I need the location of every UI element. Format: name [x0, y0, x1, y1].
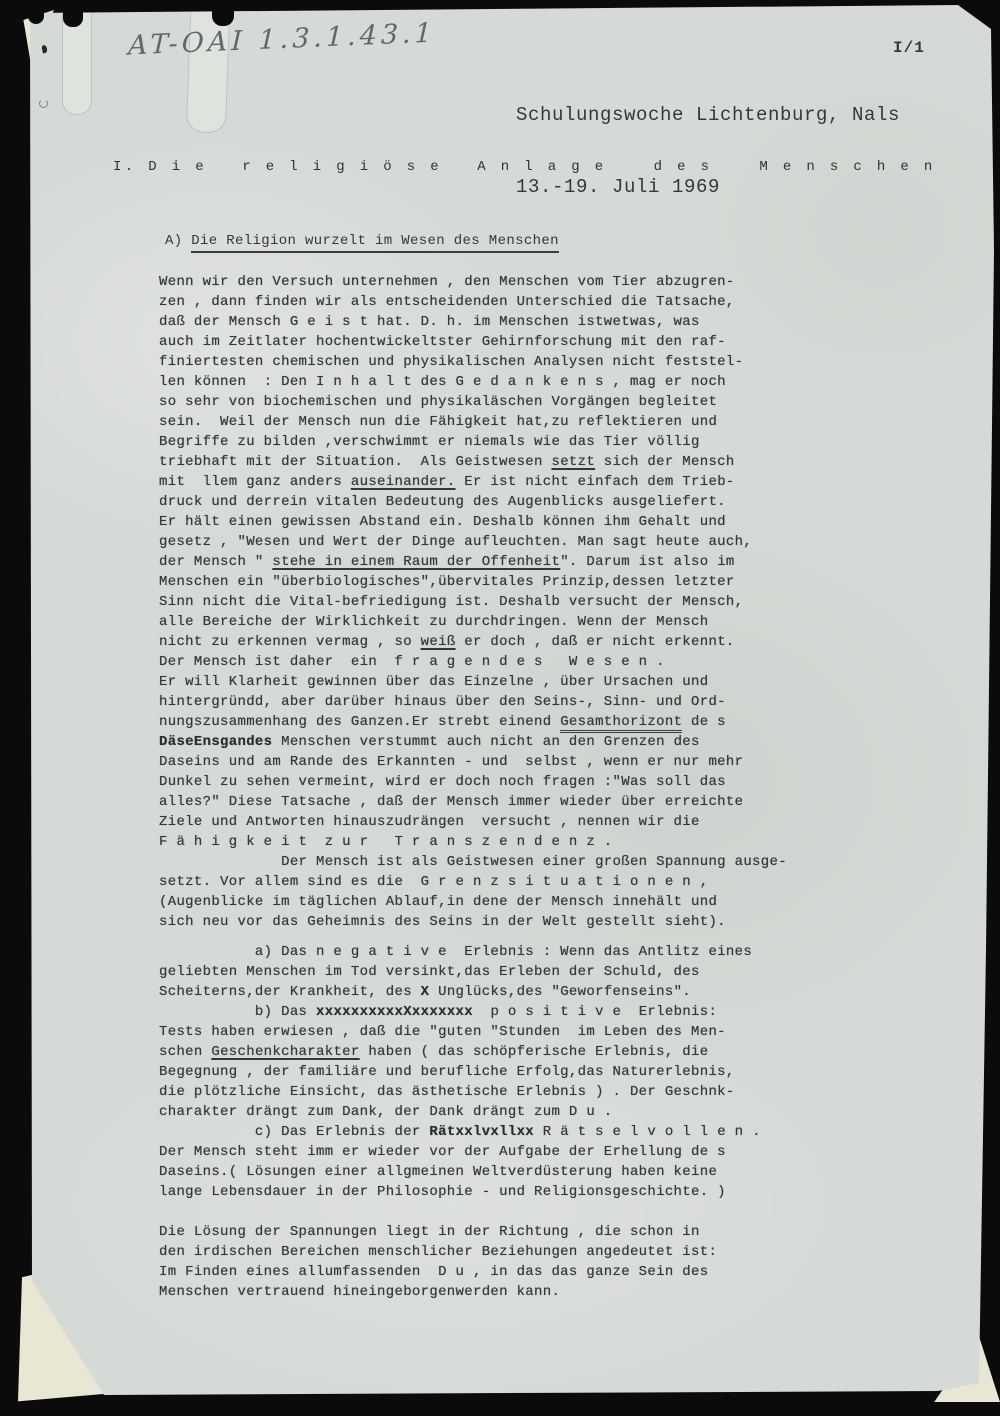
document-header: Schulungswoche Lichtenburg, Nals 13.-19.…: [516, 55, 900, 247]
event-line: Schulungswoche Lichtenburg, Nals: [516, 103, 900, 127]
text-line: Dunkel zu sehen vermeint, wird er doch n…: [159, 772, 787, 792]
text-line: daß der Mensch G e i s t hat. D. h. im M…: [159, 312, 787, 332]
text-line: len können : Den I n h a l t des G e d a…: [159, 372, 787, 392]
section-label: A): [165, 233, 191, 249]
text-line: Begegnung , der familiäre und berufliche…: [159, 1062, 787, 1082]
text-line: nicht zu erkennen vermag , so weiß er do…: [159, 632, 787, 652]
text-line: Menschen ein "überbiologisches",übervita…: [159, 572, 787, 592]
section-title: Die Religion wurzelt im Wesen des Mensch…: [191, 233, 559, 253]
text-line: der Mensch " stehe in einem Raum der Off…: [159, 552, 787, 572]
text-line: triebhaft mit der Situation. Als Geistwe…: [159, 452, 787, 472]
text-line: nungszusammenhang des Ganzen.Er strebt e…: [159, 712, 787, 732]
text-line: die plötzliche Einsicht, das ästhetische…: [159, 1082, 787, 1102]
text-line: sich neu vor das Geheimnis des Seins in …: [159, 912, 787, 932]
chapter-title: I. D i e r e l i g i ö s e A n l a g e d…: [113, 159, 936, 175]
text-line: finiertesten chemischen und physikalisch…: [159, 352, 787, 372]
scan-edge-notch: [28, 0, 44, 24]
text-line: Scheiterns,der Krankheit, des X Unglücks…: [159, 982, 787, 1002]
text-line: schen Geschenkcharakter haben ( das schö…: [159, 1042, 787, 1062]
text-line: Er hält einen gewissen Abstand ein. Desh…: [159, 512, 787, 532]
text-line: DäseEnsgandes Menschen verstummt auch ni…: [159, 732, 787, 752]
text-line: geliebten Menschen im Tod versinkt,das E…: [159, 962, 787, 982]
text-line: lange Lebensdauer in der Philosophie - u…: [159, 1182, 787, 1202]
text-line: Wenn wir den Versuch unternehmen , den M…: [159, 272, 787, 292]
text-line: Der Mensch ist als Geistwesen einer groß…: [159, 852, 787, 872]
text-line: b) Das xxxxxxxxxxXxxxxxxx p o s i t i v …: [159, 1002, 787, 1022]
text-line: auch im Zeitlater hochentwickeltster Geh…: [159, 332, 787, 352]
text-line: charakter drängt zum Dank, der Dank drän…: [159, 1102, 787, 1122]
text-line: sein. Weil der Mensch nun die Fähigkeit …: [159, 412, 787, 432]
text-line: setzt. Vor allem sind es die G r e n z s…: [159, 872, 787, 892]
text-line: Tests haben erwiesen , daß die "guten "S…: [159, 1022, 787, 1042]
text-line: Er will Klarheit gewinnen über das Einze…: [159, 672, 787, 692]
scan-background: { "colors": { "background": "#0b0b0b", "…: [0, 0, 1000, 1416]
text-line: Die Lösung der Spannungen liegt in der R…: [159, 1222, 787, 1242]
section-heading: A) Die Religion wurzelt im Wesen des Men…: [165, 233, 559, 249]
text-line: Der Mensch steht imm er wieder vor der A…: [159, 1142, 787, 1162]
text-line: Im Finden eines allumfassenden D u , in …: [159, 1262, 787, 1282]
text-line: Daseins.( Lösungen einer allgmeinen Welt…: [159, 1162, 787, 1182]
text-line: (Augenblicke im täglichen Ablauf,in dene…: [159, 892, 787, 912]
scanned-document-page: AT-OAI 1.3.1.43.1 I/1 Schulungswoche Lic…: [0, 0, 1000, 1416]
handwritten-archive-reference: AT-OAI 1.3.1.43.1: [128, 18, 437, 62]
text-line: F ä h i g k e i t z u r T r a n s z e n …: [159, 832, 787, 852]
text-line: druck und derrein vitalen Bedeutung des …: [159, 492, 787, 512]
text-line: Begriffe zu bilden ,verschwimmt er niema…: [159, 432, 787, 452]
text-line: Menschen vertrauend hineingeborgenwerden…: [159, 1282, 787, 1302]
body-text: Wenn wir den Versuch unternehmen , den M…: [159, 272, 787, 1302]
text-line: zen , dann finden wir als entscheidenden…: [159, 292, 787, 312]
ink-speck: [41, 44, 48, 53]
text-line: hintergründd, aber darüber hinaus über d…: [159, 692, 787, 712]
text-line: Sinn nicht die Vital-befriedigung ist. D…: [159, 592, 787, 612]
text-line: Der Mensch ist daher ein f r a g e n d e…: [159, 652, 787, 672]
text-line: den irdischen Bereichen menschlicher Bez…: [159, 1242, 787, 1262]
scan-edge-notch: [212, 0, 234, 26]
text-line: alle Bereiche der Wirklichkeit zu durchd…: [159, 612, 787, 632]
text-line: Ziele und Antworten hinauszudrängen vers…: [159, 812, 787, 832]
ink-speck: [39, 99, 48, 108]
text-line: mit llem ganz anders auseinander. Er ist…: [159, 472, 787, 492]
text-line: c) Das Erlebnis der Rätxxlvxllxx R ä t s…: [159, 1122, 787, 1142]
date-line: 13.-19. Juli 1969: [516, 175, 900, 199]
text-line: alles?" Diese Tatsache , daß der Mensch …: [159, 792, 787, 812]
text-line: so sehr von biochemischen und physikaläs…: [159, 392, 787, 412]
text-line: gesetz , "Wesen und Wert der Dinge aufle…: [159, 532, 787, 552]
text-line: Daseins und am Rande des Erkannten - und…: [159, 752, 787, 772]
scan-edge-notch: [63, 0, 83, 27]
text-line: a) Das n e g a t i v e Erlebnis : Wenn d…: [159, 942, 787, 962]
